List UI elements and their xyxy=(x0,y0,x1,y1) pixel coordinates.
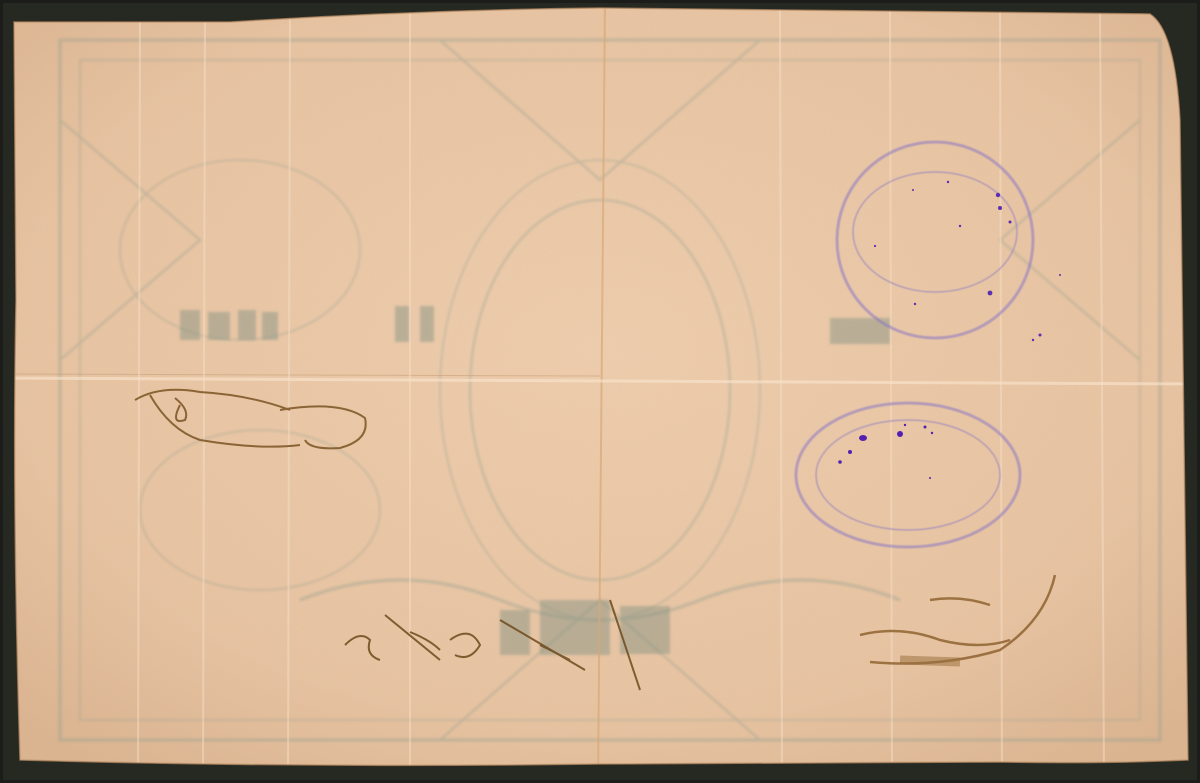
banknote-reverse xyxy=(0,0,1200,783)
